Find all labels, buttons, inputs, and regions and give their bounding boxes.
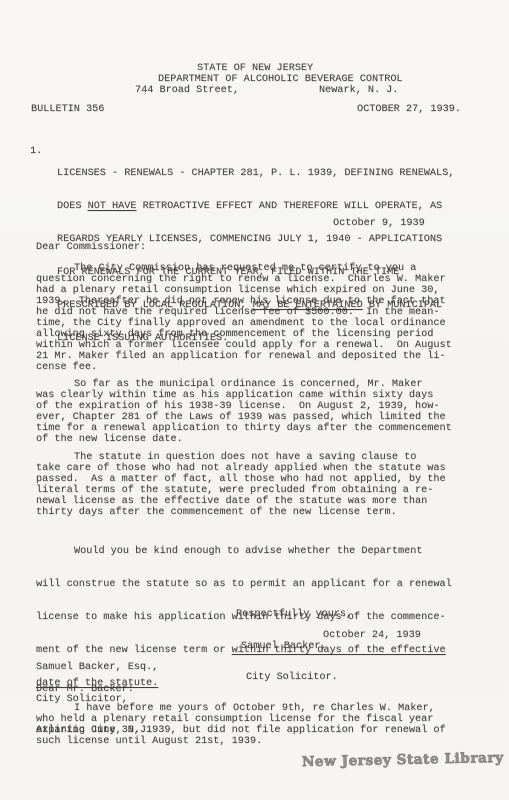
letter1-date: October 9, 1939 xyxy=(333,218,425,229)
letterhead-address: 744 Broad Street,Newark, N. J. xyxy=(135,85,398,96)
letterhead-street: 744 Broad Street, xyxy=(135,85,239,96)
subject-item-number: 1. xyxy=(30,146,42,157)
letter1-salutation: Dear Commissioner: xyxy=(36,242,146,253)
letter2-salutation: Dear Mr. Backer: xyxy=(36,684,134,695)
address-line: Samuel Backer, Esq., xyxy=(36,663,158,673)
letterhead-department: DEPARTMENT OF ALCOHOLIC BEVERAGE CONTROL xyxy=(158,74,403,85)
letter2-paragraph-1: I have before me yours of October 9th, r… xyxy=(36,703,446,747)
letter1-paragraph-2: So far as the municipal ordinance is con… xyxy=(36,379,452,445)
letter1-paragraph-3: The statute in question does not have a … xyxy=(36,452,446,518)
letterhead-state: STATE OF NEW JERSEY xyxy=(197,63,313,74)
closing-line: Respectfully yours, xyxy=(236,610,352,620)
signature-name: Samuel Backer, xyxy=(241,642,352,652)
subject-line: LICENSES - RENEWALS - CHAPTER 281, P. L.… xyxy=(57,168,454,179)
library-stamp: New Jersey State Library xyxy=(302,753,504,768)
letterhead-city: Newark, N. J. xyxy=(319,85,398,96)
letter2-date: October 24, 1939 xyxy=(323,630,421,641)
bulletin-number: BULLETIN 356 xyxy=(31,104,104,115)
underlined-phrase: NOT HAVE xyxy=(88,201,137,212)
letter1-signature-block: Respectfully yours, Samuel Backer, City … xyxy=(236,588,352,705)
signature-title: City Solicitor. xyxy=(246,673,352,683)
letter1-paragraph-1: The City Commission has requested me to … xyxy=(36,263,452,373)
scanned-bulletin-page: STATE OF NEW JERSEY DEPARTMENT OF ALCOHO… xyxy=(0,0,509,800)
subject-line: DOES NOT HAVE RETROACTIVE EFFECT AND THE… xyxy=(57,201,454,212)
paragraph-line: Would you be kind enough to advise wheth… xyxy=(36,546,452,557)
bulletin-date: OCTOBER 27, 1939. xyxy=(357,104,461,115)
